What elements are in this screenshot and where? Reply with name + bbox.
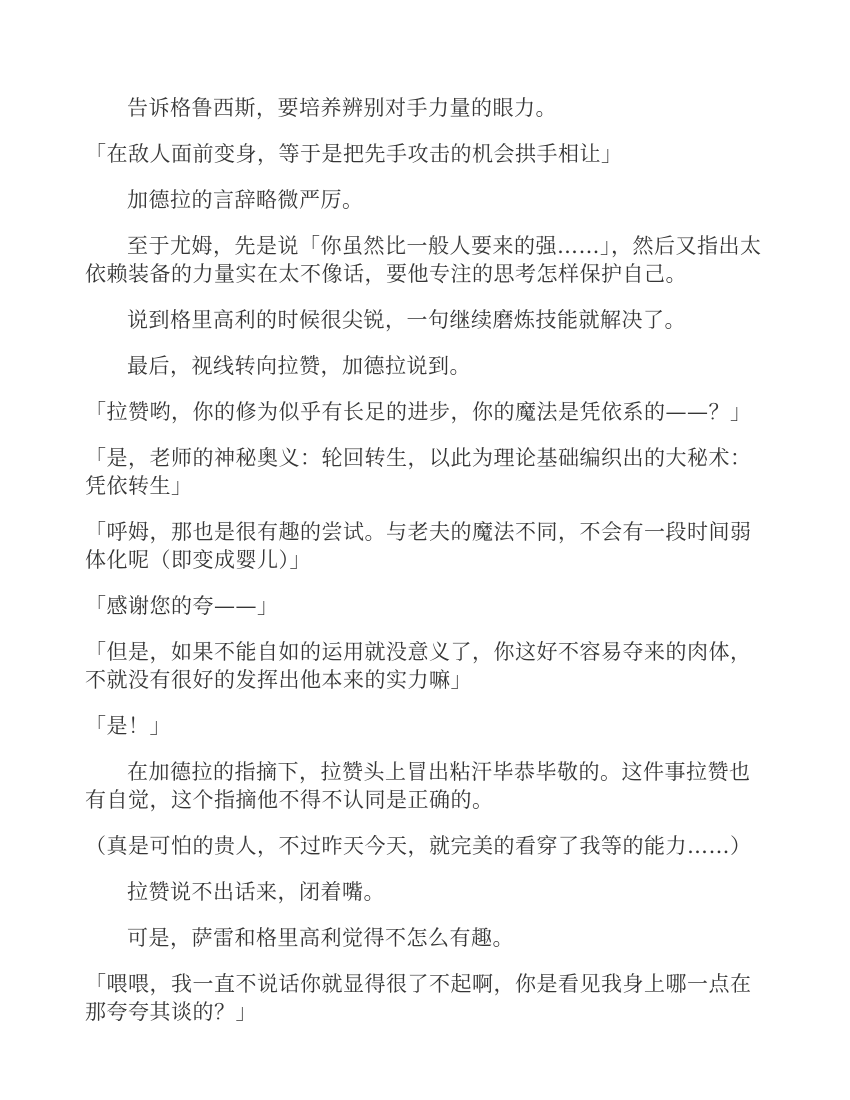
paragraph-dialogue: 「是，老师的神秘奥义：轮回转生，以此为理论基础编织出的大秘术：凭依转生」 [85, 444, 765, 500]
paragraph-narration: 可是，萨雷和格里高利觉得不怎么有趣。 [85, 924, 765, 952]
paragraph-narration: 拉赞说不出话来，闭着嘴。 [85, 878, 765, 906]
paragraph-dialogue: 「感谢您的夸——」 [85, 592, 765, 620]
paragraph-thought: （真是可怕的贵人，不过昨天今天，就完美的看穿了我等的能力……） [85, 832, 765, 860]
paragraph-narration: 加德拉的言辞略微严厉。 [85, 186, 765, 214]
text-content: 告诉格鲁西斯，要培养辨别对手力量的眼力。「在敌人面前变身，等于是把先手攻击的机会… [85, 94, 765, 1026]
paragraph-dialogue: 「呼姆，那也是很有趣的尝试。与老夫的魔法不同，不会有一段时间弱体化呢（即变成婴儿… [85, 518, 765, 574]
paragraph-narration: 在加德拉的指摘下，拉赞头上冒出粘汗毕恭毕敬的。这件事拉赞也有自觉，这个指摘他不得… [85, 758, 765, 814]
paragraph-dialogue: 「但是，如果不能自如的运用就没意义了，你这好不容易夺来的肉体，不就没有很好的发挥… [85, 638, 765, 694]
paragraph-narration: 最后，视线转向拉赞，加德拉说到。 [85, 352, 765, 380]
paragraph-dialogue: 「喂喂，我一直不说话你就显得很了不起啊，你是看见我身上哪一点在那夸夸其谈的？」 [85, 970, 765, 1026]
paragraph-dialogue: 「是！」 [85, 712, 765, 740]
paragraph-narration: 说到格里高利的时候很尖锐，一句继续磨炼技能就解决了。 [85, 306, 765, 334]
paragraph-dialogue: 「在敌人面前变身，等于是把先手攻击的机会拱手相让」 [85, 140, 765, 168]
novel-page: 告诉格鲁西斯，要培养辨别对手力量的眼力。「在敌人面前变身，等于是把先手攻击的机会… [0, 0, 850, 1100]
paragraph-dialogue: 「拉赞哟，你的修为似乎有长足的进步，你的魔法是凭依系的——？」 [85, 398, 765, 426]
paragraph-narration: 至于尤姆，先是说「你虽然比一般人要来的强……」，然后又指出太依赖装备的力量实在太… [85, 232, 765, 288]
paragraph-narration: 告诉格鲁西斯，要培养辨别对手力量的眼力。 [85, 94, 765, 122]
